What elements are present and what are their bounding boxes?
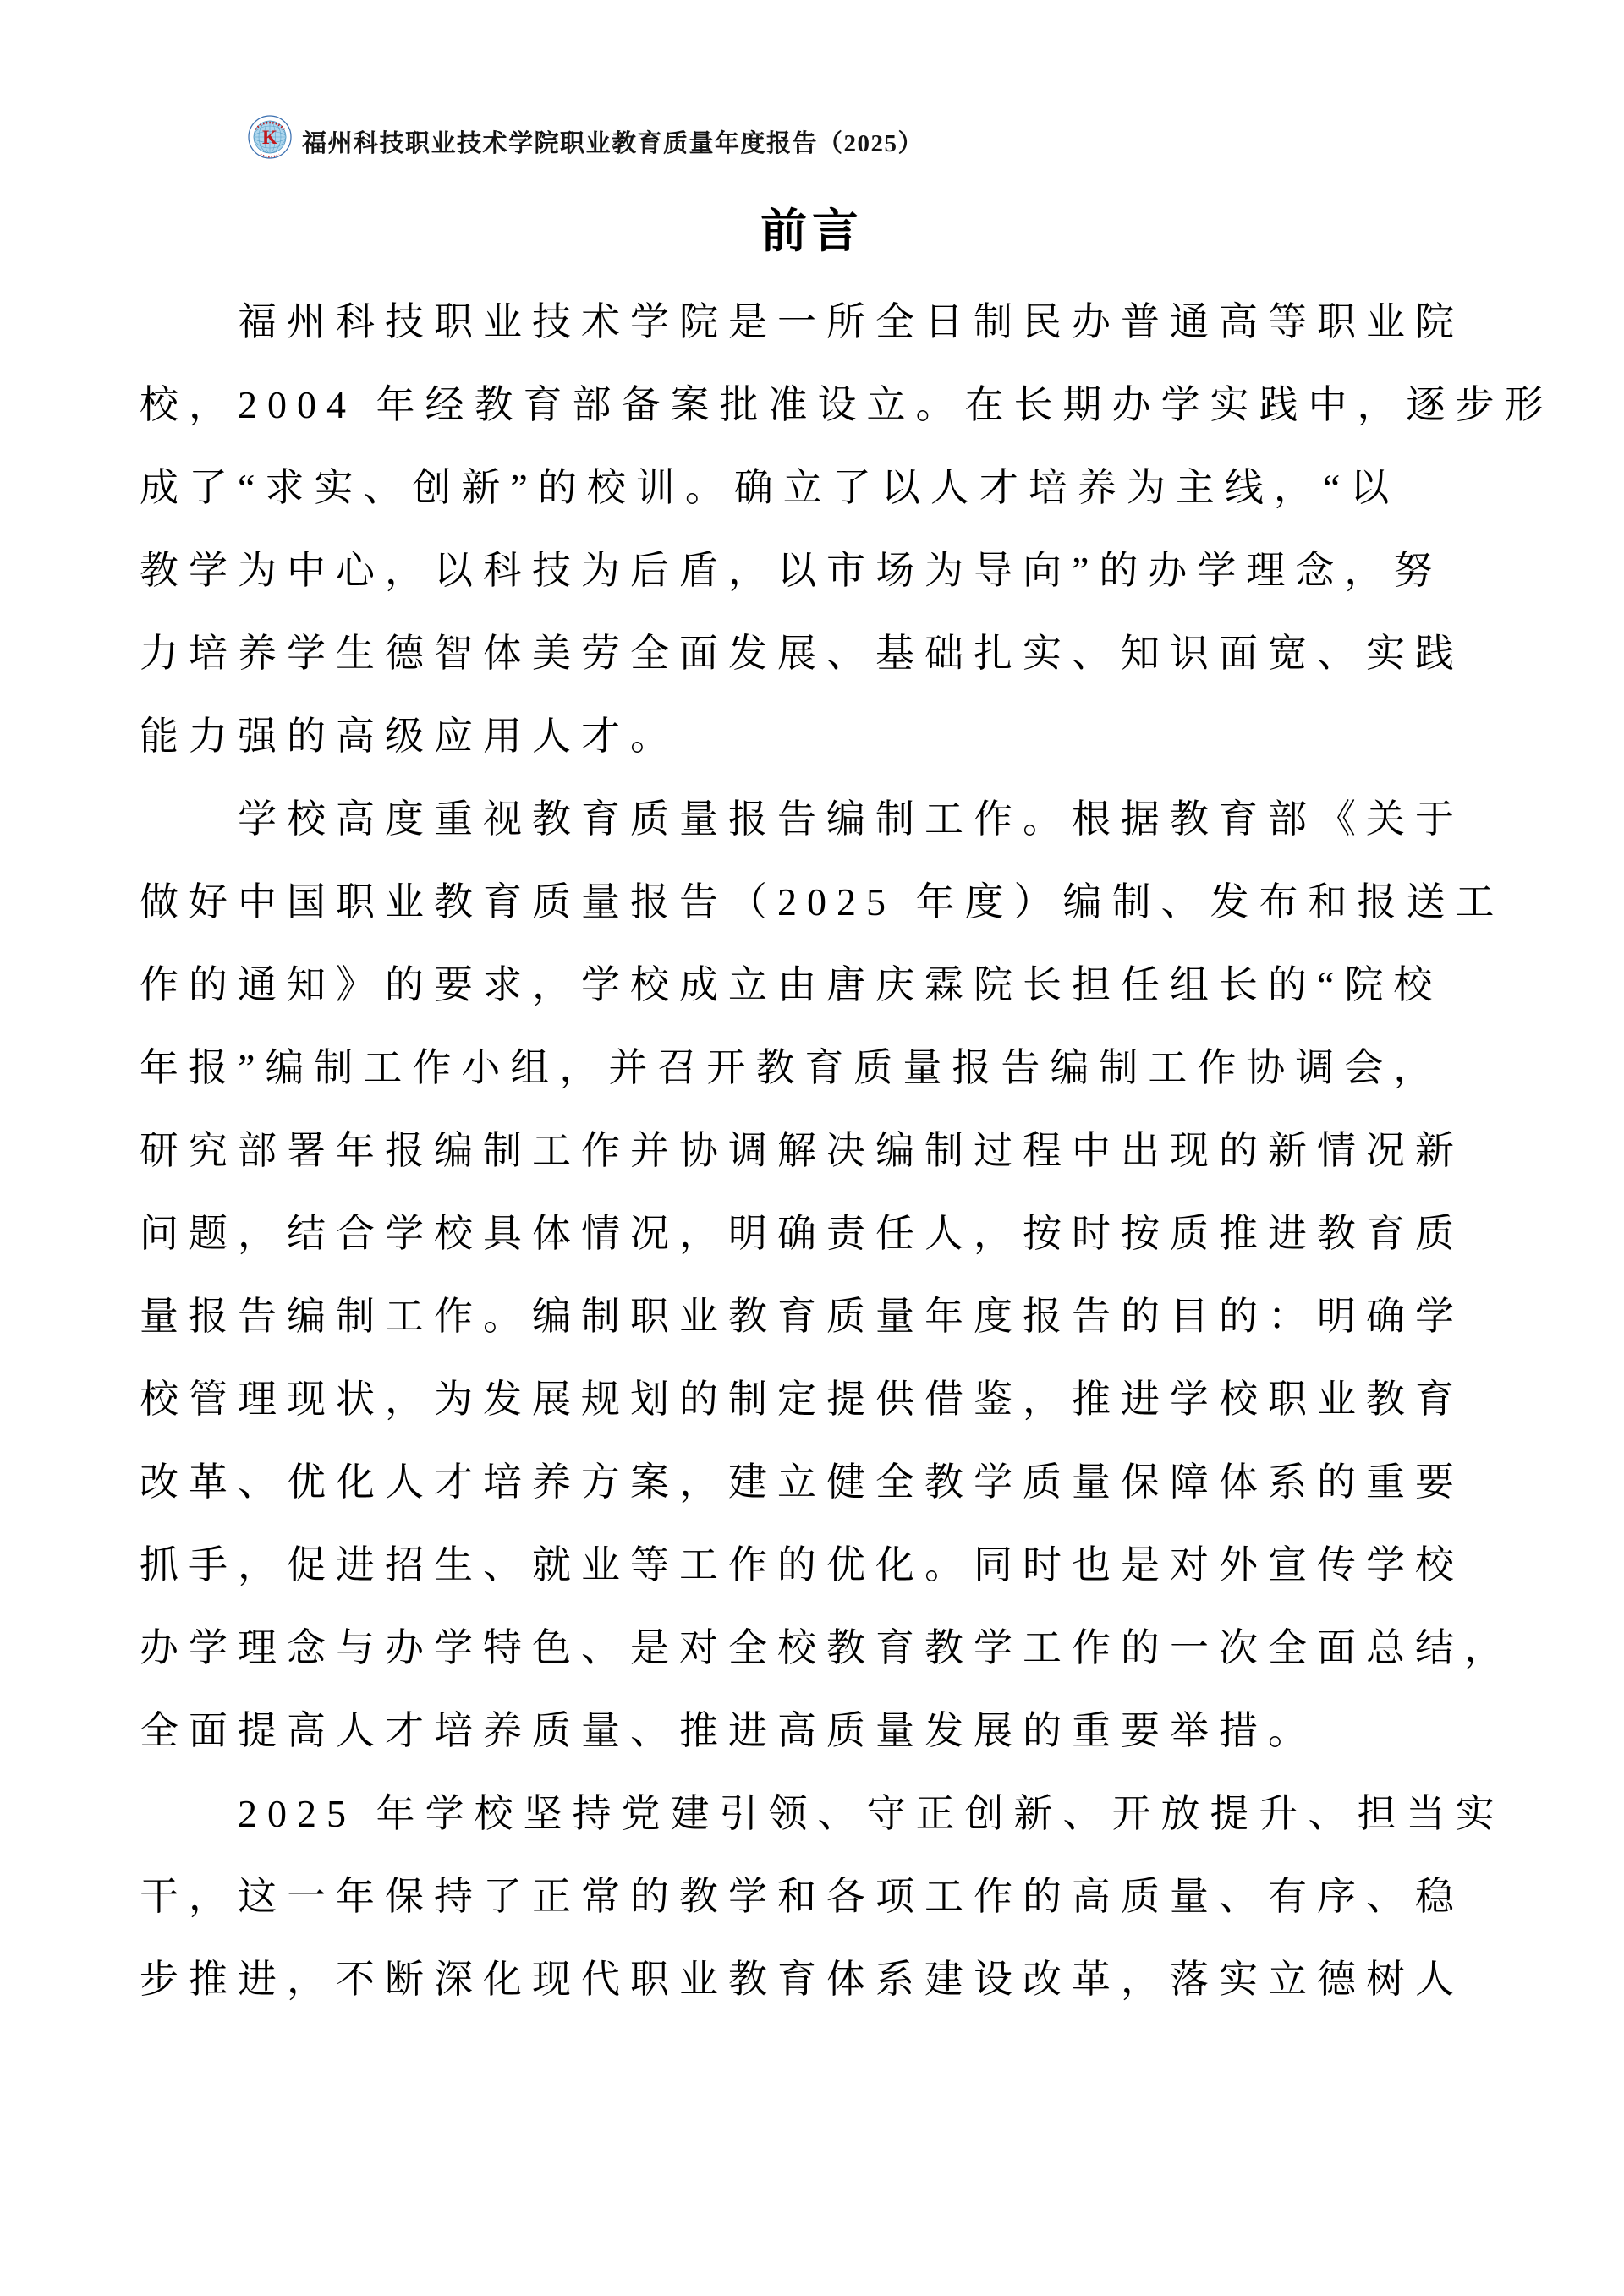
body-line: 福州科技职业技术学院是一所全日制民办普通高等职业院 [140, 281, 1493, 364]
body-line: 校，2004 年经教育部备案批准设立。在长期办学实践中，逐步形 [140, 364, 1493, 447]
body-line: 问题，结合学校具体情况，明确责任人，按时按质推进教育质 [140, 1192, 1493, 1275]
body-line: 2025 年学校坚持党建引领、守正创新、开放提升、担当实 [140, 1773, 1493, 1855]
body-line: 教学为中心，以科技为后盾，以市场为导向”的办学理念，努 [140, 529, 1493, 612]
body-line: 办学理念与办学特色、是对全校教育教学工作的一次全面总结， [140, 1607, 1493, 1690]
header-title: 福州科技职业技术学院职业教育质量年度报告（2025） [302, 124, 924, 161]
body-line: 能力强的高级应用人才。 [140, 695, 1493, 778]
body-line: 步推进，不断深化现代职业教育体系建设改革，落实立德树人 [140, 1938, 1493, 2021]
body-line: 学校高度重视教育质量报告编制工作。根据教育部《关于 [140, 778, 1493, 861]
document-body: 福州科技职业技术学院是一所全日制民办普通高等职业院校，2004 年经教育部备案批… [140, 281, 1493, 2021]
school-logo-icon: K [248, 113, 292, 161]
body-line: 年报”编制工作小组，并召开教育质量报告编制工作协调会， [140, 1027, 1493, 1110]
page-header: K 福州科技职业技术学院职业教育质量年度报告（2025） [248, 113, 924, 161]
body-line: 全面提高人才培养质量、推进高质量发展的重要举措。 [140, 1690, 1493, 1773]
body-line: 量报告编制工作。编制职业教育质量年度报告的目的：明确学 [140, 1275, 1493, 1358]
body-line: 改革、优化人才培养方案，建立健全教学质量保障体系的重要 [140, 1441, 1493, 1524]
body-line: 校管理现状，为发展规划的制定提供借鉴，推进学校职业教育 [140, 1358, 1493, 1441]
body-line: 作的通知》的要求，学校成立由唐庆霖院长担任组长的“院校 [140, 944, 1493, 1027]
body-line: 干，这一年保持了正常的教学和各项工作的高质量、有序、稳 [140, 1855, 1493, 1938]
section-title: 前言 [0, 201, 1624, 260]
body-line: 研究部署年报编制工作并协调解决编制过程中出现的新情况新 [140, 1110, 1493, 1192]
body-line: 做好中国职业教育质量报告（2025 年度）编制、发布和报送工 [140, 861, 1493, 944]
document-page: K 福州科技职业技术学院职业教育质量年度报告（2025） 前言 福州科技职业技术… [0, 0, 1624, 2296]
body-line: 力培养学生德智体美劳全面发展、基础扎实、知识面宽、实践 [140, 612, 1493, 695]
svg-text:K: K [262, 127, 277, 148]
body-line: 成了“求实、创新”的校训。确立了以人才培养为主线，“以 [140, 447, 1493, 529]
body-line: 抓手，促进招生、就业等工作的优化。同时也是对外宣传学校 [140, 1524, 1493, 1607]
